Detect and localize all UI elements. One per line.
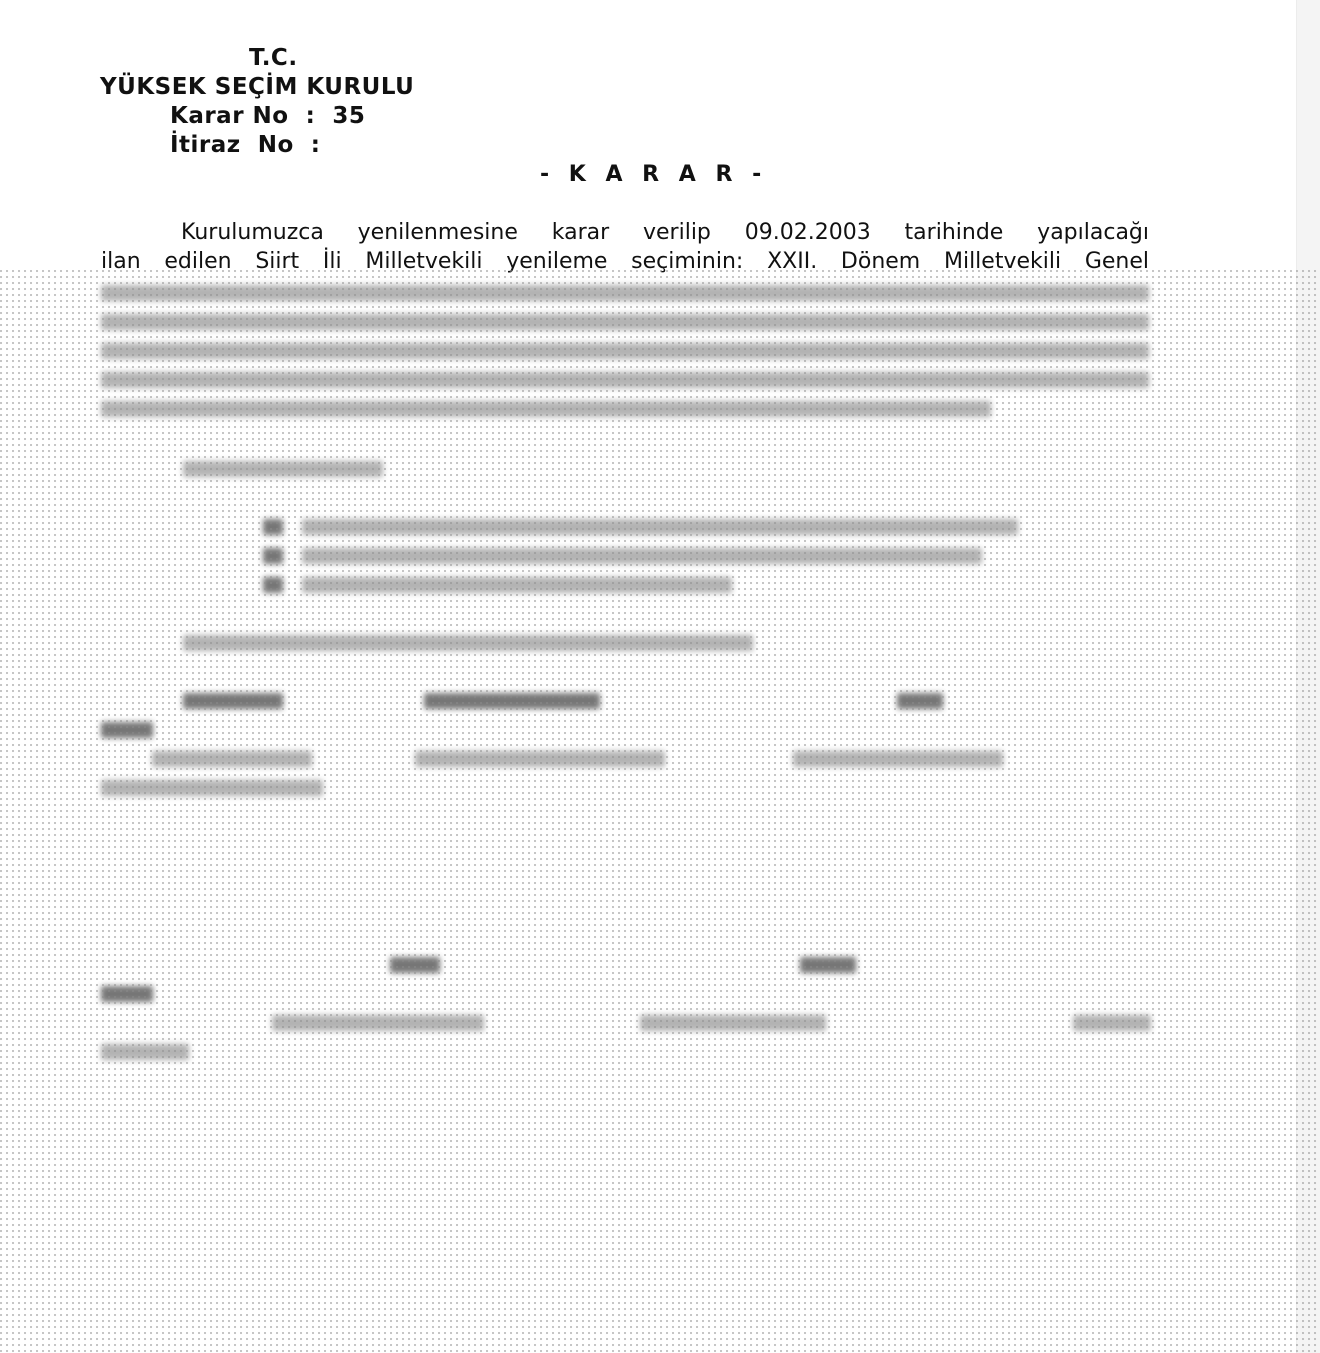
decision-number: Karar No : 35 [170,103,365,129]
redacted-signature-title [424,693,600,709]
redacted-signature-name [152,751,312,767]
paragraph-line: Kurulumuzca yenilenmesine karar verilip … [101,220,1149,245]
redacted-signature-name [1073,1015,1151,1031]
redacted-line [101,314,1149,330]
redacted-signature-title [101,986,153,1002]
redacted-list-item [302,548,982,564]
redacted-line [101,285,1149,301]
redacted-signature-title [183,693,283,709]
redacted-signature-name [101,1044,189,1060]
redacted-line [101,372,1149,388]
redacted-signature-name [415,751,665,767]
viewer-right-margin [1296,0,1320,1353]
redacted-signature-name [101,780,323,796]
redacted-line [183,635,753,651]
paragraph-line: ilan edilen Siirt İli Milletvekili yenil… [101,249,1149,274]
redacted-list-marker [263,548,283,564]
redacted-line [101,343,1149,359]
redacted-signature-name [793,751,1003,767]
header-institution: YÜKSEK SEÇİM KURULU [100,74,414,100]
redacted-signature-name [640,1015,826,1031]
redacted-list-item [302,519,1018,535]
header-country: T.C. [249,45,298,71]
redacted-list-marker [263,519,283,535]
redacted-signature-title [897,693,943,709]
document-page: T.C. YÜKSEK SEÇİM KURULU Karar No : 35 İ… [0,0,1296,1353]
document-title: - K A R A R - [540,162,767,187]
redacted-signature-name [272,1015,484,1031]
objection-number: İtiraz No : [170,132,320,158]
redacted-line [101,401,991,417]
redacted-signature-title [800,957,856,973]
redacted-list-marker [263,577,283,593]
redacted-signature-title [101,722,153,738]
redacted-line [183,461,383,477]
redacted-signature-title [390,957,440,973]
redacted-list-item [302,577,732,593]
